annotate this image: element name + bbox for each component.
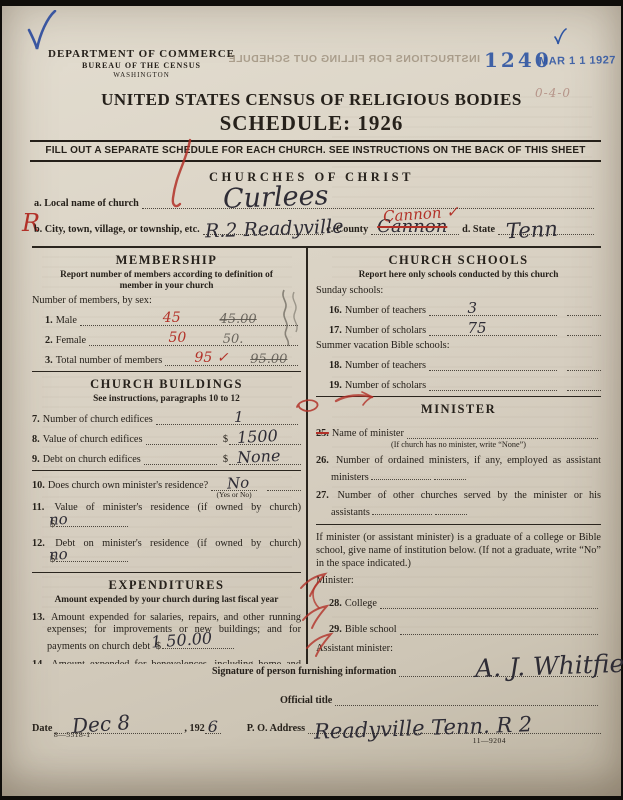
office-use-field — [567, 358, 601, 371]
city-value: R.2 Readyville — [204, 216, 343, 243]
schedule-title: SCHEDULE: 1926 — [2, 111, 621, 136]
answer-pencil: 45.00 — [219, 312, 256, 327]
section-divider — [32, 371, 301, 372]
answer-red: 95 ✓ — [194, 350, 228, 366]
city-label: b. City, town, village, or township, etc… — [34, 224, 200, 235]
question-row-17: 17. Number of scholars 75 — [316, 323, 601, 336]
question-number: 10. — [32, 480, 45, 491]
question-row-female: 2. Female 50 50. — [32, 333, 301, 346]
answer-value: 1 — [234, 408, 244, 426]
answer-area — [371, 472, 466, 483]
question-row-19: 19. Number of scholars — [316, 378, 601, 391]
question-label: Value of church edifices — [43, 434, 143, 445]
summer-schools-label: Summer vacation Bible schools: — [316, 340, 601, 351]
section-divider — [32, 572, 301, 573]
question-label: Bible school — [345, 624, 397, 635]
question-row-25: 25. Name of minister — [316, 426, 601, 439]
question-label: Total number of members — [56, 355, 163, 366]
right-column: CHURCH SCHOOLS Report here only schools … — [308, 248, 601, 664]
office-city: WASHINGTON — [48, 71, 235, 79]
schools-subtitle: Report here only schools conducted by th… — [330, 270, 587, 281]
form-number-left: 8—5518-1 — [54, 730, 91, 739]
question-label: Number of church edifices — [43, 414, 153, 425]
answer-field: No (Yes or No) — [211, 478, 257, 491]
question-number: 2. — [45, 335, 53, 346]
question-label: Male — [56, 315, 77, 326]
question-number: 9. — [32, 454, 40, 465]
official-title-field — [335, 693, 598, 706]
answer-red: 50 — [168, 330, 186, 346]
question-number: 29. — [329, 624, 342, 635]
membership-subtitle: Report number of members according to de… — [46, 270, 287, 292]
year-value: 6 — [208, 717, 218, 736]
year-prefix: , 192 — [184, 723, 204, 734]
state-label: d. State — [462, 224, 495, 235]
question-row-10: 10. Does church own minister's residence… — [32, 478, 301, 491]
agency-block: DEPARTMENT OF COMMERCE BUREAU OF THE CEN… — [48, 48, 235, 79]
question-number: 16. — [329, 305, 342, 316]
question-row-29: 29. Bible school — [316, 622, 601, 635]
location-row: b. City, town, village, or township, etc… — [34, 222, 597, 235]
office-use-field — [567, 303, 601, 316]
signature-row: Signature of person furnishing informati… — [212, 664, 601, 677]
answer-field — [400, 622, 598, 635]
blue-check-icon — [24, 10, 60, 52]
instruction-banner: FILL OUT A SEPARATE SCHEDULE FOR EACH CH… — [30, 140, 601, 162]
department-name: DEPARTMENT OF COMMERCE — [48, 48, 235, 60]
date-label: Date — [32, 723, 52, 734]
question-number: 13. — [32, 612, 45, 623]
question-label: Debt on church edifices — [43, 454, 141, 465]
question-number: 8. — [32, 434, 40, 445]
question-label: Number of teachers — [345, 305, 426, 316]
city-field: R.2 Readyville — [203, 222, 324, 235]
po-address-field: Readyville Tenn. R 2 — [308, 721, 601, 734]
bureau-name: BUREAU OF THE CENSUS — [48, 61, 235, 70]
money-field: $no — [47, 554, 128, 565]
question-label: Does church own minister's residence? — [48, 480, 208, 491]
answer-field: 75 — [429, 323, 557, 336]
question-number: 17. — [329, 325, 342, 336]
answer-pencil: 50. — [223, 332, 244, 347]
schools-title: CHURCH SCHOOLS — [316, 253, 601, 268]
question-label: Female — [56, 335, 86, 346]
question-row-28: 28. College — [316, 596, 601, 609]
answer-value: 75 — [467, 319, 486, 337]
date-row: Date Dec 8 , 192 6 P. O. Address Readyvi… — [32, 721, 601, 734]
minister-group-label: Minister: — [316, 575, 601, 586]
question-label: Value of minister's residence (if owned … — [54, 502, 301, 513]
expenditures-title: EXPENDITURES — [32, 578, 301, 593]
form-footer: Signature of person furnishing informati… — [32, 664, 601, 734]
office-use-field — [267, 478, 301, 491]
state-value: Tenn — [505, 217, 558, 244]
bleed-through-title: INSTRUCTIONS FOR FILLING OUT SCHEDULE — [200, 53, 480, 65]
question-row-total-members: 3. Total number of members 95 ✓ 95.00 — [32, 353, 301, 366]
local-name-field: Curlees — [142, 196, 594, 209]
answer-field — [429, 378, 557, 391]
section-divider — [316, 524, 601, 525]
question-number: 19. — [329, 380, 342, 391]
question-label: Debt on minister's residence (if owned b… — [55, 538, 301, 549]
question-label: Number of teachers — [345, 360, 426, 371]
question-row-12: 12. Debt on minister's residence (if own… — [32, 538, 301, 567]
question-label: Number of scholars — [345, 380, 426, 391]
state-field: Tenn — [498, 222, 594, 235]
question-number: 1. — [45, 315, 53, 326]
no-minister-note: (If church has no minister, write “None”… — [316, 440, 601, 449]
dollar-sign: $ — [223, 454, 228, 465]
stamp-check-icon — [553, 28, 567, 45]
form-title: UNITED STATES CENSUS OF RELIGIOUS BODIES — [2, 90, 621, 110]
membership-intro: Number of members, by sex: — [32, 295, 301, 306]
census-form-page: INSTRUCTIONS FOR FILLING OUT SCHEDULE DE… — [2, 6, 621, 796]
local-name-row: a. Local name of church Curlees — [34, 196, 597, 209]
answer-field: 3 — [429, 303, 557, 316]
money-field: $no — [47, 519, 128, 530]
answer-field: 1 — [156, 412, 298, 425]
question-row-27: 27. Number of other churches served by t… — [316, 490, 601, 519]
answer-value: None — [237, 446, 281, 467]
answer-field — [407, 426, 598, 439]
po-address-label: P. O. Address — [247, 723, 305, 734]
answer-field: None — [229, 453, 301, 465]
answer-pencil: 95.00 — [250, 352, 287, 367]
question-label: Number of scholars — [345, 325, 426, 336]
answer-field: no — [56, 515, 128, 527]
county-field: Cannon Cannon ✓ — [371, 222, 459, 235]
question-row-9: 9. Debt on church edifices $ None — [32, 452, 301, 465]
question-label: Name of minister — [332, 428, 404, 439]
answer-field: 50 50. — [89, 333, 298, 346]
answer-area — [372, 507, 467, 518]
buildings-title: CHURCH BUILDINGS — [32, 377, 301, 392]
answer-field: 1500 — [229, 433, 301, 445]
question-number: 7. — [32, 414, 40, 425]
money-field: $1 50.00 — [153, 641, 234, 652]
local-name-value: Curlees — [223, 180, 329, 215]
section-divider — [316, 396, 601, 397]
question-row-11: 11. Value of minister's residence (if ow… — [32, 502, 301, 531]
signature-value: A. J. Whitfield — [474, 648, 623, 683]
date-received-stamp: MAR 1 1 1927 — [539, 54, 616, 67]
answer-field: 95 ✓ 95.00 — [165, 353, 298, 366]
answer-field: 1 50.00 — [162, 637, 234, 649]
question-number: 27. — [316, 490, 329, 501]
answer-field: no — [56, 550, 128, 562]
answer-field — [429, 358, 557, 371]
leader-dots — [146, 432, 217, 445]
answer-field: 45 45.00 — [80, 313, 298, 326]
question-number: 3. — [45, 355, 53, 366]
membership-title: MEMBERSHIP — [32, 253, 301, 268]
section-divider — [32, 470, 301, 471]
official-title-row: Official title — [280, 693, 601, 706]
question-number: 25. — [316, 428, 329, 439]
signature-label: Signature of person furnishing informati… — [212, 666, 396, 677]
buildings-subtitle: See instructions, paragraphs 10 to 12 — [46, 394, 287, 405]
question-number: 28. — [329, 598, 342, 609]
question-row-26: 26. Number of ordained ministers, if any… — [316, 455, 601, 484]
answer-field — [372, 503, 432, 515]
form-number-right: 11—9204 — [473, 736, 506, 745]
expenditures-subtitle: Amount expended by your church during la… — [46, 595, 287, 606]
yes-or-no-note: (Yes or No) — [211, 490, 257, 499]
office-use-field — [435, 503, 467, 515]
question-number: 12. — [32, 538, 45, 549]
answer-red: 45 — [163, 310, 181, 326]
question-row-male: 1. Male 45 45.00 — [32, 313, 301, 326]
county-correction: Cannon ✓ — [383, 202, 460, 225]
question-number: 11. — [32, 502, 44, 513]
question-row-18: 18. Number of teachers — [316, 358, 601, 371]
question-number: 18. — [329, 360, 342, 371]
question-row-13: 13. Amount expended for salaries, repair… — [32, 612, 301, 654]
question-row-8: 8. Value of church edifices $ 1500 — [32, 432, 301, 445]
minister-title: MINISTER — [316, 402, 601, 417]
local-name-label: a. Local name of church — [34, 198, 139, 209]
leader-dots — [144, 452, 217, 465]
answer-value: 1 50.00 — [165, 629, 212, 652]
graduate-instruction: If minister (or assistant minister) is a… — [316, 532, 601, 571]
answer-value: 3 — [467, 299, 477, 317]
signature-field: A. J. Whitfield — [399, 664, 598, 677]
official-title-label: Official title — [280, 695, 332, 706]
office-use-field — [434, 468, 466, 480]
question-row-16: 16. Number of teachers 3 — [316, 303, 601, 316]
sunday-schools-label: Sunday schools: — [316, 285, 601, 296]
office-use-field — [567, 378, 601, 391]
question-number: 26. — [316, 455, 329, 466]
office-use-field — [567, 323, 601, 336]
question-label: College — [345, 598, 377, 609]
answer-field — [371, 468, 431, 480]
year-field: 6 — [205, 721, 221, 734]
left-column: MEMBERSHIP Report number of members acco… — [32, 248, 306, 664]
answer-value: 1500 — [237, 426, 279, 447]
dollar-sign: $ — [223, 434, 228, 445]
form-body: MEMBERSHIP Report number of members acco… — [32, 246, 601, 664]
answer-field — [380, 596, 598, 609]
question-row-7: 7. Number of church edifices 1 — [32, 412, 301, 425]
